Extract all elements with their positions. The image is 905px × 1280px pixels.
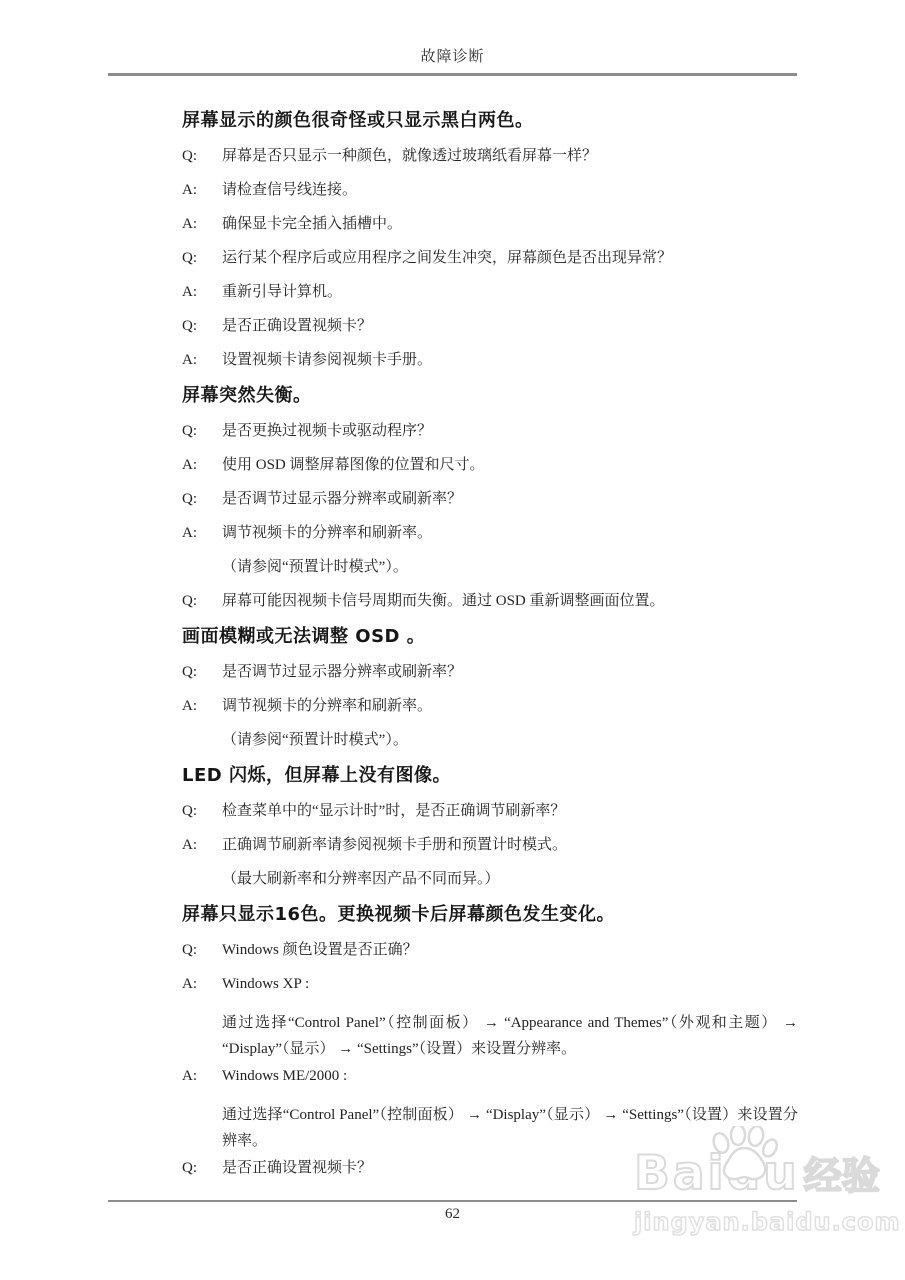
qa-text: Windows XP :: [222, 976, 309, 992]
qa-row: Q:屏幕可能因视频卡信号周期而失衡。通过 OSD 重新调整画面位置。: [182, 593, 798, 609]
qa-row: A:调节视频卡的分辨率和刷新率。: [182, 698, 798, 714]
qa-label: Q:: [182, 250, 218, 266]
qa-label: A:: [182, 525, 218, 541]
qa-label: A:: [182, 976, 218, 992]
qa-text: Windows ME/2000 :: [222, 1068, 347, 1084]
qa-label: Q:: [182, 491, 218, 507]
qa-label: Q:: [182, 423, 218, 439]
qa-row: A:确保显卡完全插入插槽中。: [182, 216, 798, 232]
qa-text: 运行某个程序后或应用程序之间发生冲突，屏幕颜色是否出现异常？: [222, 250, 672, 266]
qa-label: Q:: [182, 593, 218, 609]
qa-row: A:正确调节刷新率请参阅视频卡手册和预置计时模式。: [182, 837, 798, 853]
qa-text: 重新引导计算机。: [222, 284, 342, 300]
qa-text: 使用 OSD 调整屏幕图像的位置和尺寸。: [222, 457, 485, 473]
qa-label: Q:: [182, 1160, 218, 1176]
qa-label: A:: [182, 1068, 218, 1084]
qa-row: （请参阅“预置计时模式”）。: [182, 732, 798, 748]
section-heading: 屏幕显示的颜色很奇怪或只显示黑白两色。: [182, 111, 798, 131]
qa-text: （最大刷新率和分辨率因产品不同而异。）: [222, 871, 500, 887]
jingyan-logo-text: 经验: [804, 1154, 880, 1198]
header-rule: [108, 73, 797, 76]
qa-text: 通过选择“Control Panel”（控制面板） → “Appearance …: [222, 1015, 798, 1057]
qa-text: （请参阅“预置计时模式”）。: [222, 559, 408, 575]
qa-row: A:Windows ME/2000 :: [182, 1068, 798, 1084]
qa-text: 屏幕可能因视频卡信号周期而失衡。通过 OSD 重新调整画面位置。: [222, 593, 665, 609]
qa-row: Q:是否正确设置视频卡？: [182, 318, 798, 334]
qa-text: 调节视频卡的分辨率和刷新率。: [222, 698, 432, 714]
section-heading: 屏幕突然失衡。: [182, 386, 798, 406]
section-heading: LED 闪烁，但屏幕上没有图像。: [182, 766, 798, 786]
qa-label: A:: [182, 182, 218, 198]
qa-label: A:: [182, 837, 218, 853]
section-heading: 画面模糊或无法调整 OSD 。: [182, 627, 798, 647]
qa-row: Q:Windows 颜色设置是否正确？: [182, 942, 798, 958]
qa-text: 是否正确设置视频卡？: [222, 1160, 372, 1176]
qa-text: 是否调节过显示器分辨率或刷新率？: [222, 491, 462, 507]
qa-text: 设置视频卡请参阅视频卡手册。: [222, 352, 432, 368]
baidu-jingyan-watermark: Baidu经验 jingyan.baidu.com: [634, 1140, 884, 1236]
qa-row: A:调节视频卡的分辨率和刷新率。: [182, 525, 798, 541]
document-body: 屏幕显示的颜色很奇怪或只显示黑白两色。Q:屏幕是否只显示一种颜色，就像透过玻璃纸…: [182, 111, 798, 1194]
qa-row: （最大刷新率和分辨率因产品不同而异。）: [182, 871, 798, 887]
watermark-url: jingyan.baidu.com: [634, 1208, 884, 1236]
qa-text: 正确调节刷新率请参阅视频卡手册和预置计时模式。: [222, 837, 567, 853]
instruction-paragraph: 通过选择“Control Panel”（控制面板） → “Appearance …: [182, 1010, 798, 1062]
qa-label: Q:: [182, 318, 218, 334]
section-heading: 屏幕只显示16色。更换视频卡后屏幕颜色发生变化。: [182, 905, 798, 925]
qa-row: Q:是否更换过视频卡或驱动程序？: [182, 423, 798, 439]
qa-row: Q:是否调节过显示器分辨率或刷新率？: [182, 664, 798, 680]
qa-label: A:: [182, 216, 218, 232]
qa-label: Q:: [182, 148, 218, 164]
watermark-logo-row: Baidu经验: [634, 1140, 884, 1208]
qa-row: A:设置视频卡请参阅视频卡手册。: [182, 352, 798, 368]
qa-row: A:Windows XP :: [182, 976, 798, 992]
qa-text: Windows 颜色设置是否正确？: [222, 942, 418, 958]
qa-text: 检查菜单中的“显示计时”时，是否正确调节刷新率？: [222, 803, 565, 819]
qa-text: （请参阅“预置计时模式”）。: [222, 732, 408, 748]
qa-label: Q:: [182, 803, 218, 819]
qa-text: 调节视频卡的分辨率和刷新率。: [222, 525, 432, 541]
qa-text: 确保显卡完全插入插槽中。: [222, 216, 402, 232]
qa-row: Q:检查菜单中的“显示计时”时，是否正确调节刷新率？: [182, 803, 798, 819]
qa-label: Q:: [182, 942, 218, 958]
running-header-title: 故障诊断: [0, 49, 905, 66]
qa-text: 请检查信号线连接。: [222, 182, 357, 198]
qa-text: 是否更换过视频卡或驱动程序？: [222, 423, 432, 439]
qa-row: A:使用 OSD 调整屏幕图像的位置和尺寸。: [182, 457, 798, 473]
qa-label: A:: [182, 352, 218, 368]
qa-row: A:重新引导计算机。: [182, 284, 798, 300]
qa-label: A:: [182, 284, 218, 300]
qa-row: Q:是否调节过显示器分辨率或刷新率？: [182, 491, 798, 507]
qa-text: 屏幕是否只显示一种颜色，就像透过玻璃纸看屏幕一样？: [222, 148, 597, 164]
qa-row: A:请检查信号线连接。: [182, 182, 798, 198]
qa-label: Q:: [182, 664, 218, 680]
qa-label: A:: [182, 698, 218, 714]
baidu-paw-icon: [708, 1126, 780, 1186]
qa-text: 是否正确设置视频卡？: [222, 318, 372, 334]
qa-row: Q:运行某个程序后或应用程序之间发生冲突，屏幕颜色是否出现异常？: [182, 250, 798, 266]
qa-label: A:: [182, 457, 218, 473]
qa-text: 是否调节过显示器分辨率或刷新率？: [222, 664, 462, 680]
qa-row: Q:屏幕是否只显示一种颜色，就像透过玻璃纸看屏幕一样？: [182, 148, 798, 164]
document-page: 故障诊断 屏幕显示的颜色很奇怪或只显示黑白两色。Q:屏幕是否只显示一种颜色，就像…: [0, 0, 905, 1280]
qa-row: （请参阅“预置计时模式”）。: [182, 559, 798, 575]
